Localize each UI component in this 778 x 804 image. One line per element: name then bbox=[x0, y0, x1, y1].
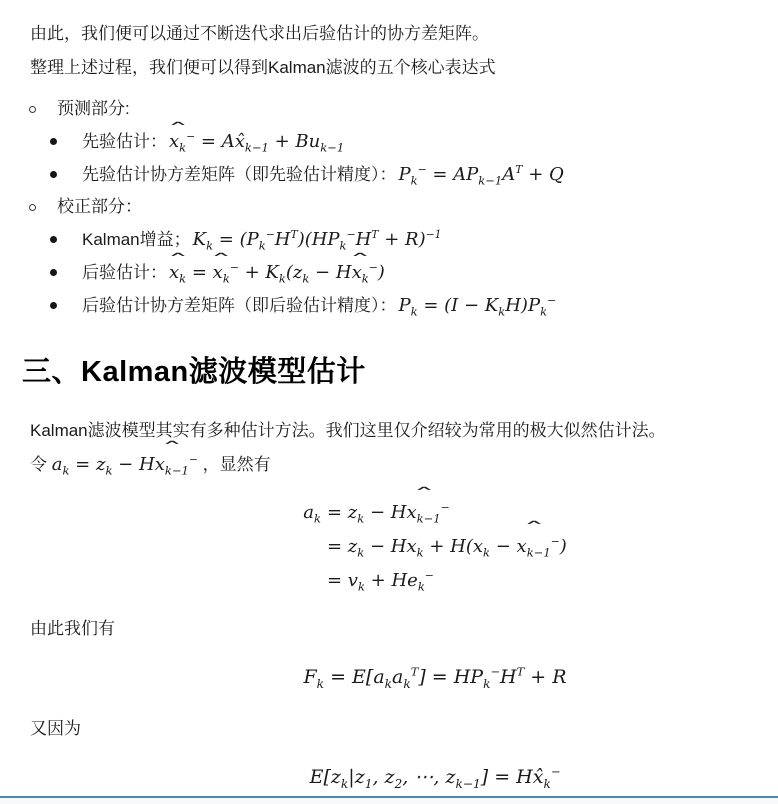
derivation-lhs bbox=[303, 564, 321, 598]
outline-group-label: 预测部分: bbox=[57, 98, 130, 120]
outline-item-formula: xk− = Ax̂k−1 + Buk−1 bbox=[169, 131, 344, 152]
outline-group-header: 预测部分: bbox=[0, 93, 778, 125]
widehat-accent: xk−1 bbox=[517, 530, 551, 564]
circle-bullet-icon bbox=[29, 204, 36, 211]
outline-item-text: 后验估计协方差矩阵（即后验估计精度）： bbox=[82, 295, 397, 317]
paragraph-thus: 由此我们有 bbox=[30, 618, 778, 640]
outline-item: 后验估计：xk = xk− + Kk(zk − Hxk−) bbox=[0, 256, 778, 289]
outline-item: Kalman增益； Kk = (Pk−HT)(HPk−HT + R)−1 bbox=[0, 223, 778, 256]
derivation-lhs bbox=[303, 530, 321, 564]
intro-line-2: 整理上述过程，我们便可以得到Kalman滤波的五个核心表达式 bbox=[30, 57, 778, 79]
bottom-strip bbox=[0, 798, 778, 804]
disc-bullet-icon bbox=[50, 236, 57, 243]
disc-bullet-icon bbox=[50, 171, 57, 178]
equation-E-zone: E[zk|z1, z2, ⋯, zk−1] = Hx̂k− bbox=[92, 762, 778, 792]
derivation-rhs: = vk + Hek− bbox=[327, 564, 567, 598]
outline-item-formula: Pk = (I − KkH)Pk− bbox=[399, 295, 557, 316]
outline-item: 先验估计：xk− = Ax̂k−1 + Buk−1 bbox=[0, 125, 778, 158]
derivation-rhs: = zk − Hxk + H(xk − xk−1−) bbox=[327, 530, 567, 564]
widehat-accent: xk bbox=[169, 262, 186, 283]
outline-item: 后验估计协方差矩阵（即后验估计精度）： Pk = (I − KkH)Pk− bbox=[0, 289, 778, 322]
intro-line-1: 由此，我们便可以通过不断迭代求出后验估计的协方差矩阵。 bbox=[30, 23, 778, 45]
widehat-accent: xk−1 bbox=[406, 496, 440, 530]
outline-item-text: 后验估计： bbox=[82, 262, 167, 284]
outline-item-text: 先验估计协方差矩阵（即先验估计精度）： bbox=[82, 164, 397, 186]
let-line: 令 ak = zk − Hxk−1− ，显然有 bbox=[30, 450, 778, 480]
disc-bullet-icon bbox=[50, 269, 57, 276]
outline-item-text: 先验估计： bbox=[82, 131, 167, 153]
outline-item-formula: Kk = (Pk−HT)(HPk−HT + R)−1 bbox=[193, 229, 442, 250]
let-line-suffix: ，显然有 bbox=[198, 455, 271, 474]
let-line-prefix: 令 bbox=[30, 455, 52, 474]
derivation-zone: ak= zk − Hxk−1−= zk − Hxk + H(xk − xk−1−… bbox=[92, 496, 778, 598]
disc-bullet-icon bbox=[50, 138, 57, 145]
paragraph-methods: Kalman滤波模型其实有多种估计方法。我们这里仅介绍较为常用的极大似然估计法。 bbox=[30, 420, 778, 442]
outline-group-header: 校正部分： bbox=[0, 191, 778, 223]
widehat-accent: xk bbox=[352, 262, 369, 283]
section-heading: 三、Kalman滤波模型估计 bbox=[22, 352, 778, 392]
paragraph-because: 又因为 bbox=[30, 718, 778, 740]
outline-item: 先验估计协方差矩阵（即先验估计精度）： Pk− = APk−1AT + Q bbox=[0, 158, 778, 191]
let-line-formula: ak = zk − Hxk−1− bbox=[52, 454, 198, 475]
expression-outline: 预测部分:先验估计：xk− = Ax̂k−1 + Buk−1先验估计协方差矩阵（… bbox=[0, 93, 778, 322]
widehat-accent: xk−1 bbox=[155, 450, 189, 480]
derivation-lhs: ak bbox=[303, 496, 321, 530]
outline-item-text: Kalman增益； bbox=[82, 229, 191, 251]
derivation-align-block: ak= zk − Hxk−1−= zk − Hxk + H(xk − xk−1−… bbox=[303, 496, 566, 598]
document-page: 由此，我们便可以通过不断迭代求出后验估计的协方差矩阵。 整理上述过程，我们便可以… bbox=[0, 0, 778, 804]
circle-bullet-icon bbox=[29, 106, 36, 113]
widehat-accent: xk bbox=[169, 131, 186, 152]
disc-bullet-icon bbox=[50, 302, 57, 309]
widehat-accent: xk bbox=[213, 262, 230, 283]
equation-Fk: Fk = E[akakT] = HPk−HT + R bbox=[303, 662, 566, 692]
equation-expectation: E[zk|z1, z2, ⋯, zk−1] = Hx̂k− bbox=[310, 762, 561, 792]
outline-item-formula: xk = xk− + Kk(zk − Hxk−) bbox=[169, 262, 385, 283]
outline-group-label: 校正部分： bbox=[57, 196, 142, 218]
equation-F-zone: Fk = E[akakT] = HPk−HT + R bbox=[92, 662, 778, 692]
outline-item-formula: Pk− = APk−1AT + Q bbox=[399, 164, 564, 185]
